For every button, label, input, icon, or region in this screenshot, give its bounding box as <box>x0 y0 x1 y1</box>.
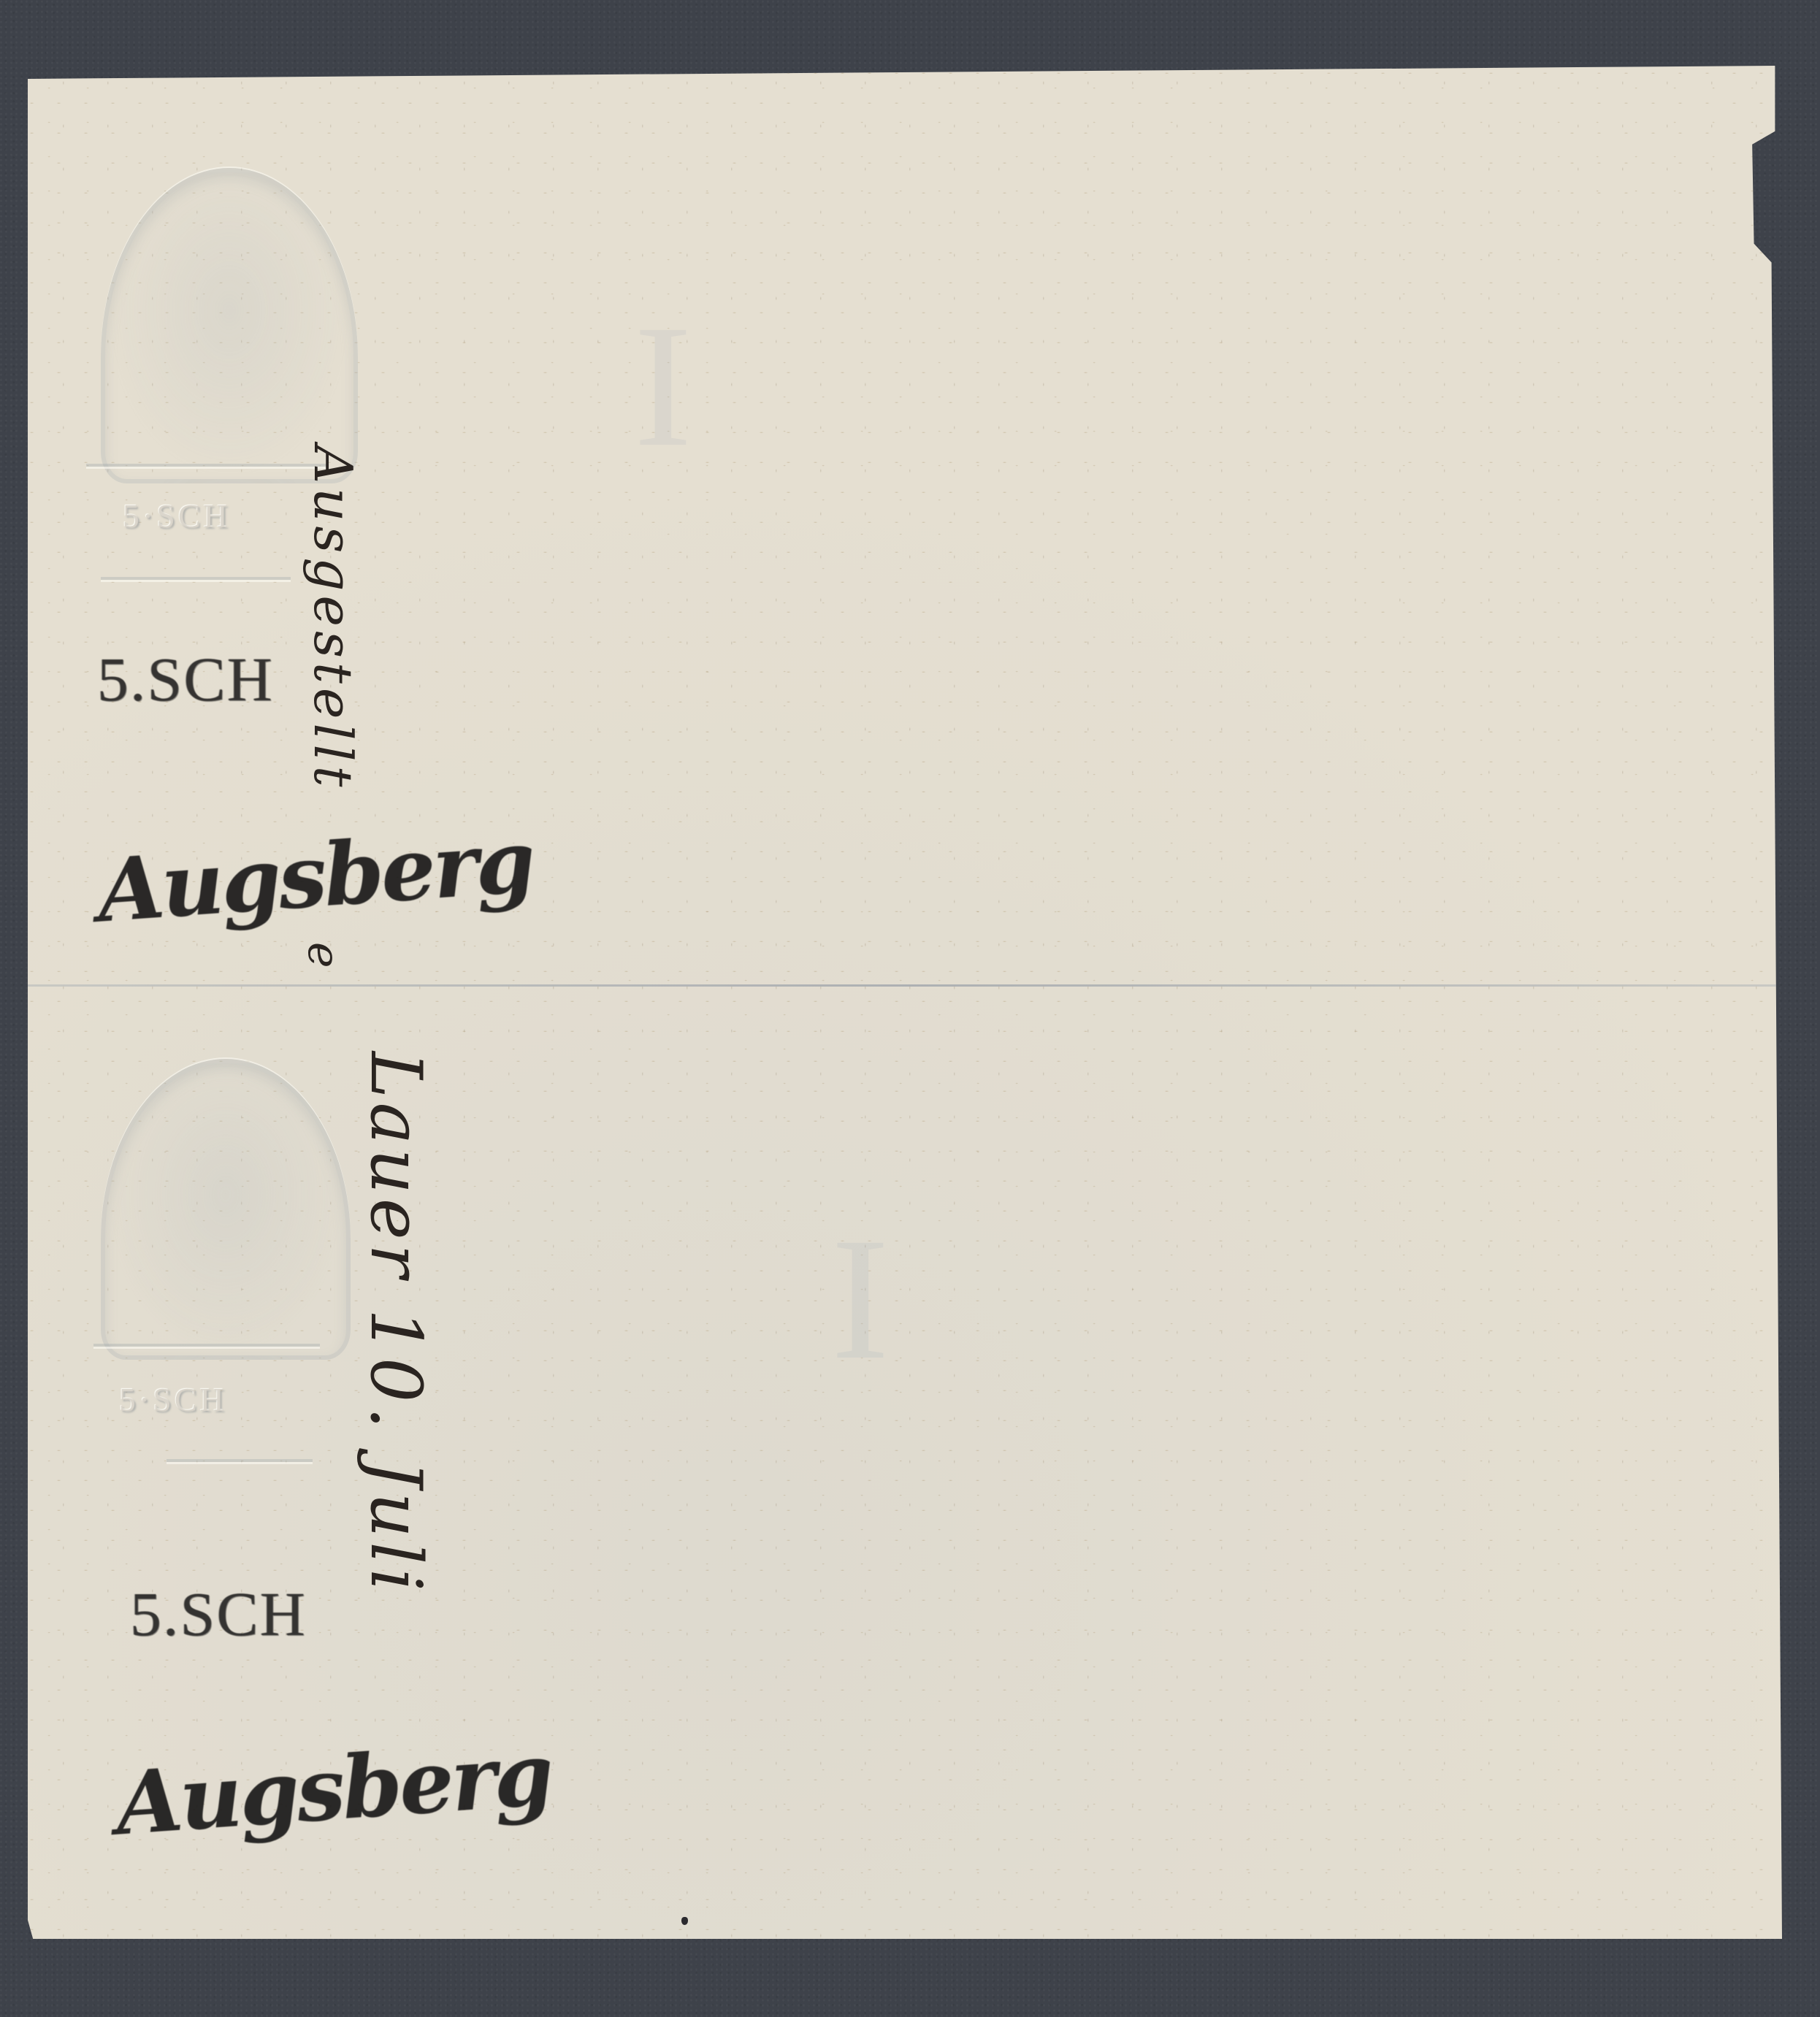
embossed-rule <box>86 464 327 467</box>
manuscript-upper: Ausgestellt <box>302 445 364 792</box>
paper-sheet: I I 5·SCH 5.SCH Augsberg 5·SCH 5.SCH Aug… <box>28 66 1782 1939</box>
handstamp-value-lower: 5.SCH <box>130 1577 307 1650</box>
embossed-value-upper: 5·SCH <box>123 497 231 535</box>
fold-line <box>28 984 1782 987</box>
showthrough-mark-upper: I <box>634 285 692 486</box>
manuscript-middle: e <box>298 942 349 973</box>
handstamp-value-upper: 5.SCH <box>97 643 274 716</box>
handstamp-town-lower: Augsberg <box>112 1723 554 1854</box>
scan-background: I I 5·SCH 5.SCH Augsberg 5·SCH 5.SCH Aug… <box>0 0 1820 2017</box>
manuscript-lower: Lauer 10. Juli <box>355 1052 437 1596</box>
embossed-rule <box>167 1459 313 1462</box>
showthrough-mark-lower: I <box>831 1198 890 1399</box>
ink-dot <box>681 1917 688 1925</box>
embossed-stamp-lower-arch <box>101 1059 351 1360</box>
embossed-stamp-upper-arch <box>101 168 358 483</box>
embossed-rule <box>93 1344 320 1347</box>
embossed-rule <box>101 577 291 580</box>
handstamp-town-upper: Augsberg <box>94 810 536 941</box>
embossed-value-lower: 5·SCH <box>119 1380 227 1419</box>
